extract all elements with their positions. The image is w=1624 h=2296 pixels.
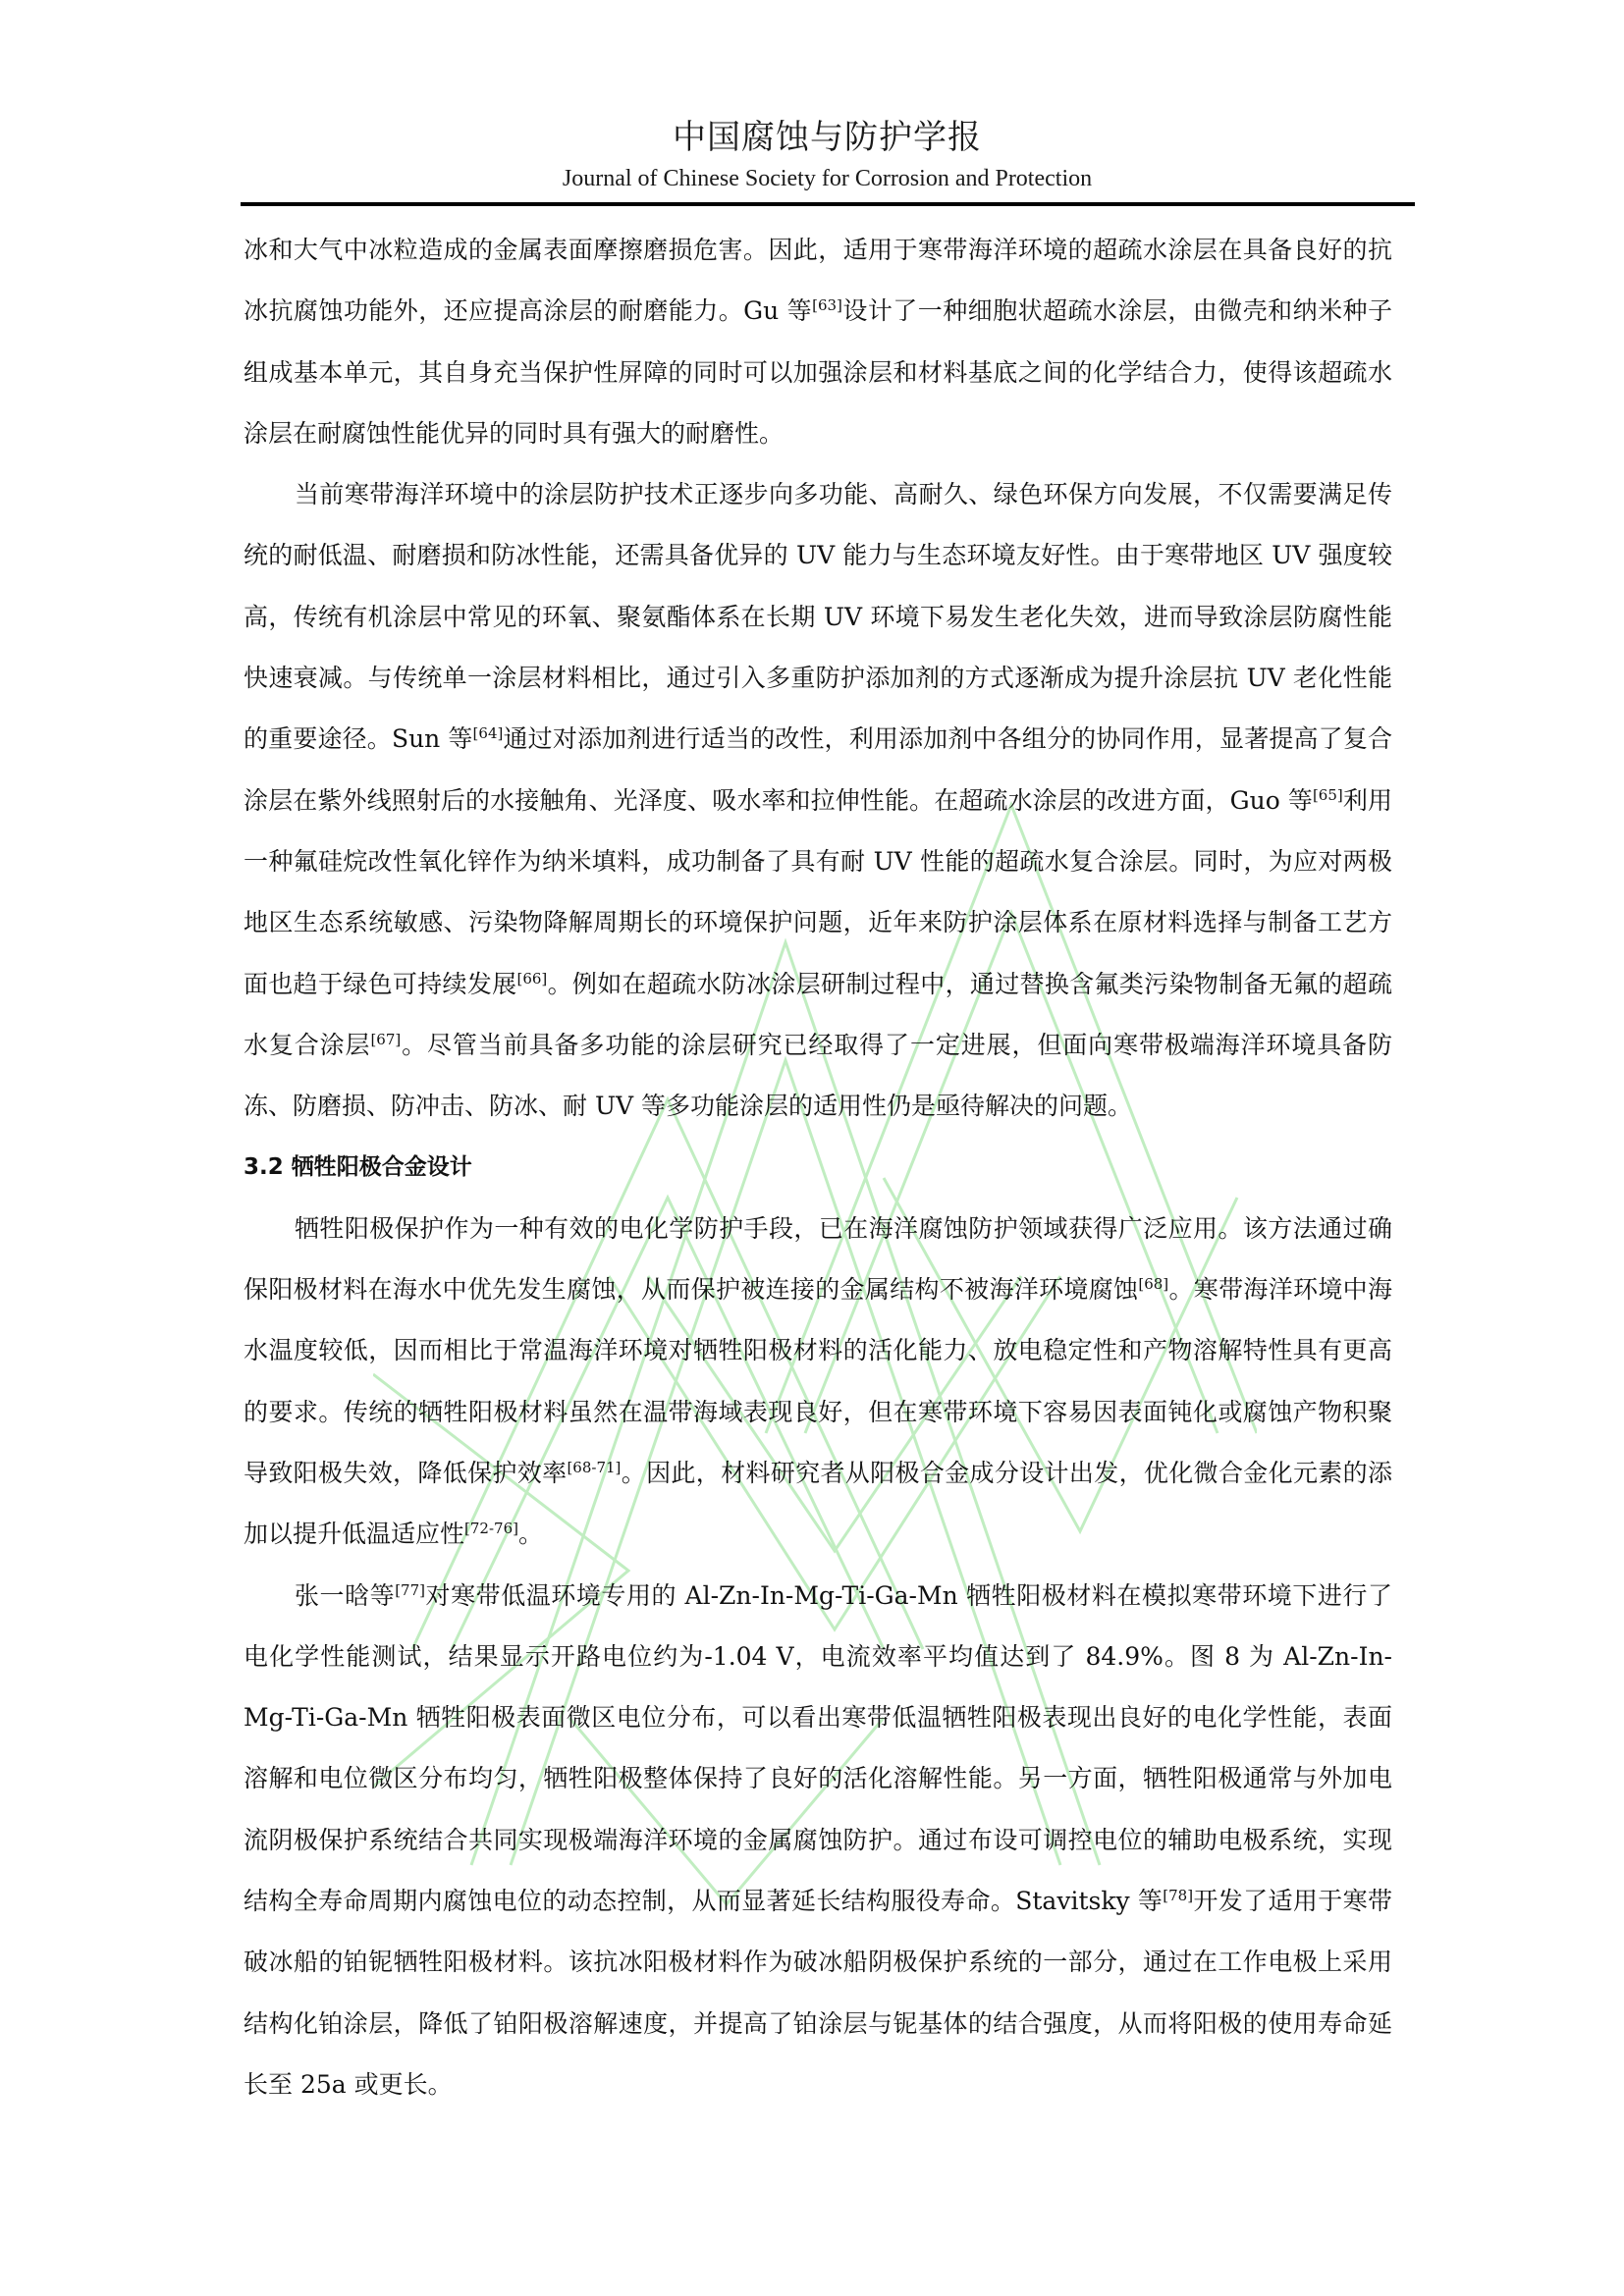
paragraph: 冰和大气中冰粒造成的金属表面摩擦磨损危害。因此，适用于寒带海洋环境的超疏水涂层在… <box>244 220 1392 464</box>
citation-ref: [63] <box>812 296 842 314</box>
paragraph: 牺牲阳极保护作为一种有效的电化学防护手段，已在海洋腐蚀防护领域获得广泛应用。该方… <box>244 1199 1392 1566</box>
citation-ref: [68-71] <box>567 1459 621 1476</box>
journal-title-cn: 中国腐蚀与防护学报 <box>241 116 1414 159</box>
citation-ref: [68] <box>1138 1275 1168 1293</box>
article-body: 冰和大气中冰粒造成的金属表面摩擦磨损危害。因此，适用于寒带海洋环境的超疏水涂层在… <box>244 220 1392 2115</box>
journal-header: 中国腐蚀与防护学报 Journal of Chinese Society for… <box>241 116 1414 194</box>
citation-ref: [77] <box>395 1581 425 1599</box>
citation-ref: [78] <box>1163 1887 1193 1904</box>
section-heading: 3.2 牺牲阳极合金设计 <box>244 1137 1392 1198</box>
citation-ref: [72-76] <box>464 1520 518 1537</box>
journal-title-en: Journal of Chinese Society for Corrosion… <box>241 163 1414 194</box>
citation-ref: [66] <box>516 970 547 988</box>
paragraph: 张一晗等[77]对寒带低温环境专用的 Al-Zn-In-Mg-Ti-Ga-Mn … <box>244 1566 1392 2116</box>
header-rule <box>241 202 1415 206</box>
paragraph: 当前寒带海洋环境中的涂层防护技术正逐步向多功能、高耐久、绿色环保方向发展，不仅需… <box>244 464 1392 1137</box>
citation-ref: [64] <box>473 724 504 742</box>
citation-ref: [65] <box>1313 786 1343 804</box>
citation-ref: [67] <box>370 1031 401 1048</box>
